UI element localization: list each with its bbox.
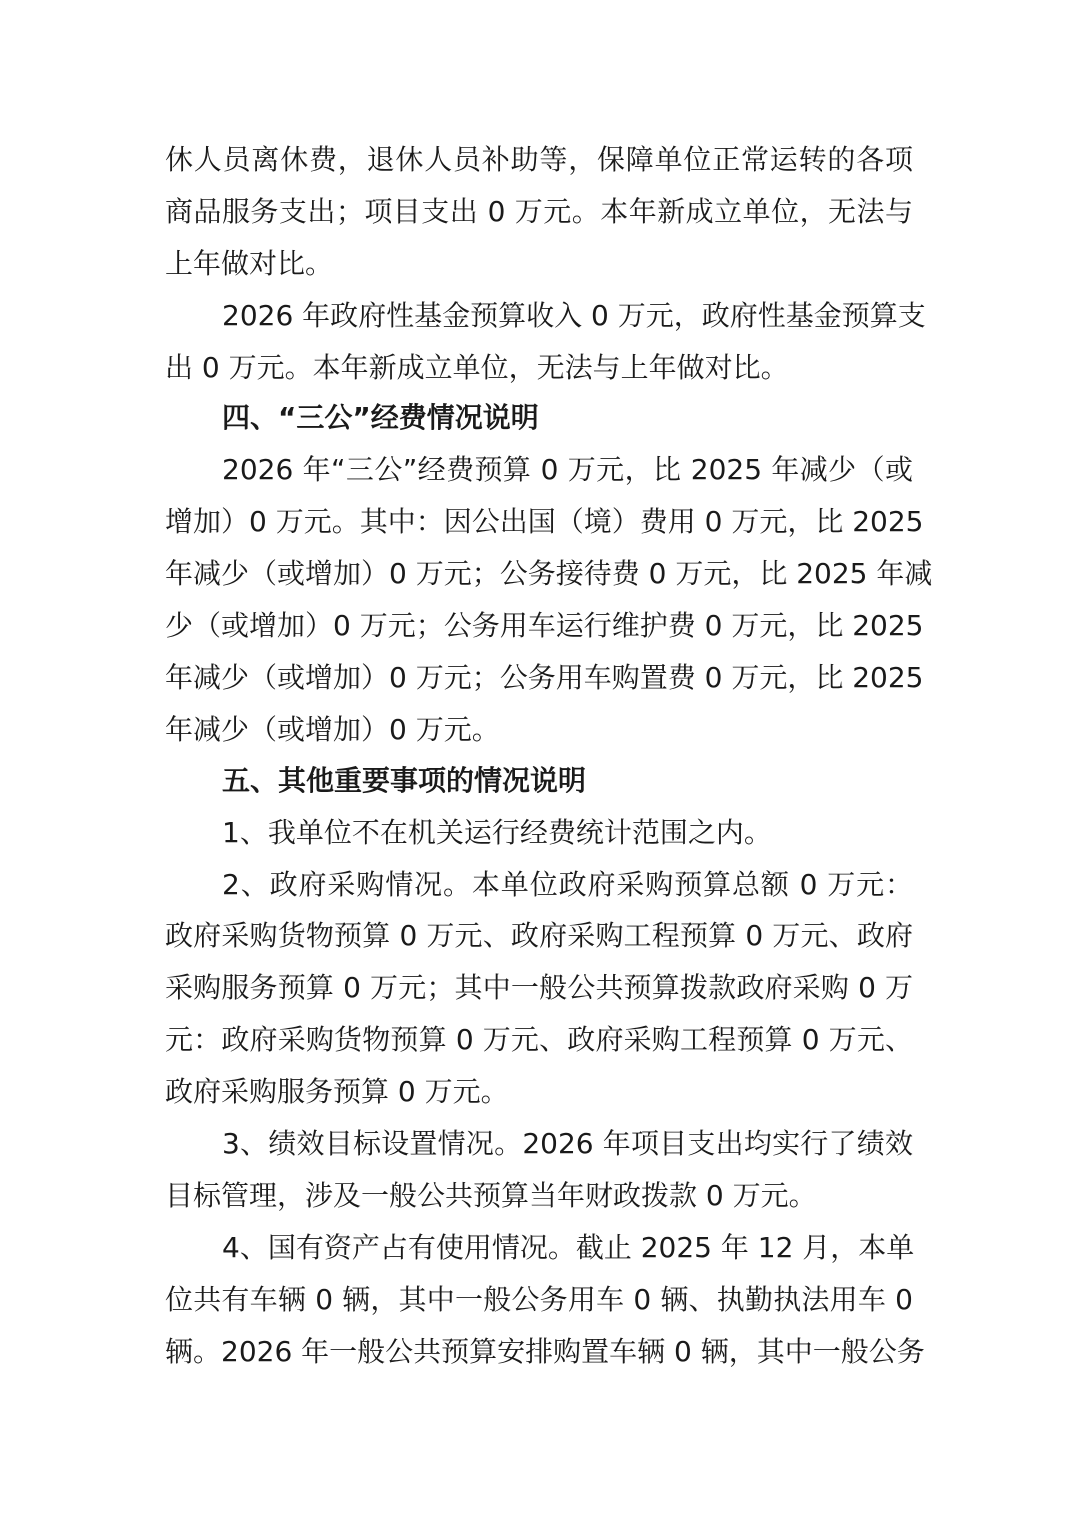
paragraph-line: 元：政府采购货物预算 0 万元、政府采购工程预算 0 万元、 (165, 1022, 913, 1058)
section-heading-4: 四、“三公”经费情况说明 (222, 400, 913, 436)
paragraph-line: 2026 年政府性基金预算收入 0 万元，政府性基金预算支 (222, 298, 913, 334)
paragraph-line: 出 0 万元。本年新成立单位，无法与上年做对比。 (165, 350, 913, 386)
paragraph-line: 4、国有资产占有使用情况。截止 2025 年 12 月，本单 (222, 1230, 913, 1266)
section-heading-5: 五、其他重要事项的情况说明 (222, 763, 913, 799)
paragraph-line: 2、政府采购情况。本单位政府采购预算总额 0 万元： (222, 867, 913, 903)
paragraph-line: 增加）0 万元。其中：因公出国（境）费用 0 万元，比 2025 (165, 504, 913, 540)
paragraph-line: 商品服务支出；项目支出 0 万元。本年新成立单位，无法与 (165, 194, 913, 230)
paragraph-line: 2026 年“三公”经费预算 0 万元，比 2025 年减少（或 (222, 452, 913, 488)
paragraph-line: 辆。2026 年一般公共预算安排购置车辆 0 辆，其中一般公务 (165, 1334, 913, 1370)
paragraph-line: 年减少（或增加）0 万元；公务用车购置费 0 万元，比 2025 (165, 660, 913, 696)
paragraph-line: 年减少（或增加）0 万元。 (165, 712, 913, 748)
paragraph-line: 休人员离休费，退休人员补助等，保障单位正常运转的各项 (165, 142, 913, 178)
paragraph-line: 年减少（或增加）0 万元；公务接待费 0 万元，比 2025 年减 (165, 556, 913, 592)
paragraph-line: 1、我单位不在机关运行经费统计范围之内。 (222, 815, 913, 851)
paragraph-line: 少（或增加）0 万元；公务用车运行维护费 0 万元，比 2025 (165, 608, 913, 644)
document-page: 休人员离休费，退休人员补助等，保障单位正常运转的各项 商品服务支出；项目支出 0… (0, 0, 1074, 1520)
paragraph-line: 3、绩效目标设置情况。2026 年项目支出均实行了绩效 (222, 1126, 913, 1162)
paragraph-line: 上年做对比。 (165, 246, 913, 282)
paragraph-line: 目标管理，涉及一般公共预算当年财政拨款 0 万元。 (165, 1178, 913, 1214)
paragraph-line: 政府采购服务预算 0 万元。 (165, 1074, 913, 1110)
paragraph-line: 位共有车辆 0 辆，其中一般公务用车 0 辆、执勤执法用车 0 (165, 1282, 913, 1318)
paragraph-line: 政府采购货物预算 0 万元、政府采购工程预算 0 万元、政府 (165, 918, 913, 954)
paragraph-line: 采购服务预算 0 万元；其中一般公共预算拨款政府采购 0 万 (165, 970, 913, 1006)
